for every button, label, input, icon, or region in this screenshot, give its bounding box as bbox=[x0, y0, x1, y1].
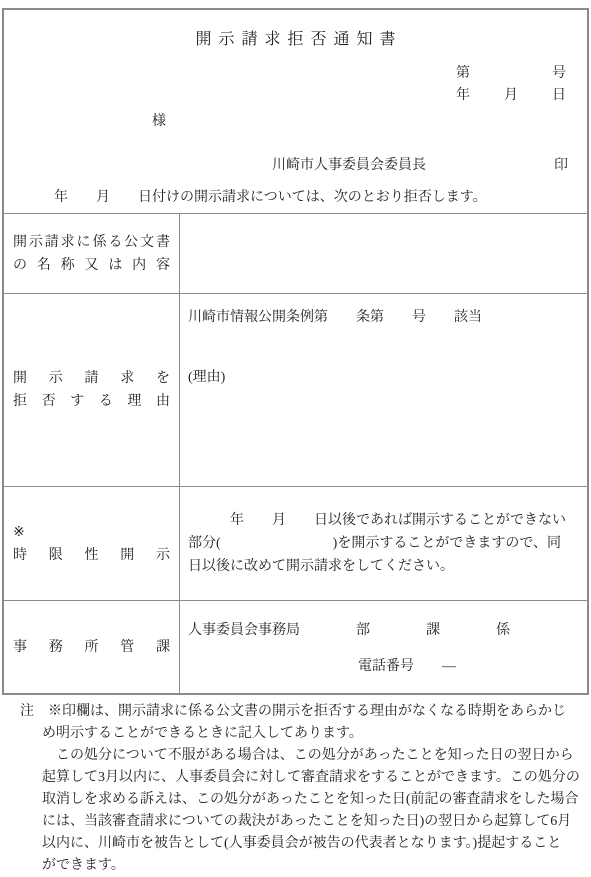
ordinance-clause-line: 川崎市情報公開条例第 条第 号 該当 bbox=[188, 306, 581, 326]
form-border: 開示請求拒否通知書 第 号 年 月 日 様 川崎市人事委員会委員長 印 年 月 … bbox=[2, 8, 589, 695]
notes-section: 注 ※印欄は、開示請求に係る公文書の開示を拒否する理由がなくなる時期をあらかじ … bbox=[0, 701, 591, 877]
row-label-line: 時限性開示 bbox=[13, 544, 170, 567]
issuer-line: 川崎市人事委員会委員長 印 bbox=[272, 154, 568, 174]
row-content-time-limited-disclosure: 年 月 日以後であれば開示することができない 部分( )を開示することができます… bbox=[180, 487, 587, 600]
row-content-administrative-section: 人事委員会事務局 部 課 係 電話番号 ― bbox=[180, 601, 587, 693]
note-line: め明示することができるときに記入してあります。 bbox=[42, 723, 591, 745]
note-line: 以内に、川崎市を被告として(人事委員会が被告の代表者となります。)提起すること bbox=[42, 833, 591, 855]
time-limit-line: 年 月 日以後であれば開示することができない bbox=[188, 509, 587, 532]
form-header: 開示請求拒否通知書 第 号 年 月 日 様 川崎市人事委員会委員長 印 年 月 … bbox=[4, 10, 587, 213]
time-limit-line: 日以後に改めて開示請求をしてください。 bbox=[188, 555, 587, 578]
row-label-line: 拒否する理由 bbox=[13, 390, 170, 413]
date-year-label: 年 bbox=[456, 84, 470, 104]
row-label-line: 開示請求に係る公文書 bbox=[13, 231, 170, 254]
row-label-refusal-reason: 開示請求を 拒否する理由 bbox=[4, 294, 180, 486]
note-line: 取消しを求める訴えは、この処分があったことを知った日(前記の審査請求をした場合 bbox=[42, 789, 591, 811]
note-line: 起算して3月以内に、人事委員会に対して審査請求をすることができます。この処分の bbox=[42, 767, 591, 789]
document-title: 開示請求拒否通知書 bbox=[4, 26, 587, 49]
date-day-label: 日 bbox=[552, 84, 566, 104]
addressee-honorific: 様 bbox=[152, 110, 166, 130]
table-row-refusal-reason: 開示請求を 拒否する理由 川崎市情報公開条例第 条第 号 該当 (理由) bbox=[4, 293, 587, 486]
row-content-document-name bbox=[180, 214, 587, 293]
issuer-title: 川崎市人事委員会委員長 bbox=[272, 154, 426, 174]
issue-date-line: 年 月 日 bbox=[456, 84, 566, 104]
row-label-line: 開示請求を bbox=[13, 367, 170, 390]
note-line: には、当該審査請求についての裁決があったことを知った日)の翌日から起算して6月 bbox=[42, 811, 591, 833]
intro-sentence: 年 月 日付けの開示請求については、次のとおり拒否します。 bbox=[54, 186, 487, 206]
table-row-administrative-section: 事務所管課 人事委員会事務局 部 課 係 電話番号 ― bbox=[4, 600, 587, 693]
document-number-line: 第 号 bbox=[456, 62, 566, 82]
row-label-document-name: 開示請求に係る公文書 の名称又は内容 bbox=[4, 214, 180, 293]
table-row-document-name: 開示請求に係る公文書 の名称又は内容 bbox=[4, 213, 587, 293]
note-line: ができます。 bbox=[42, 855, 591, 877]
row-label-administrative-section: 事務所管課 bbox=[4, 601, 180, 693]
time-limit-line: 部分( )を開示することができますので、同 bbox=[188, 532, 587, 555]
table-row-time-limited-disclosure: ※ 時限性開示 年 月 日以後であれば開示することができない 部分( )を開示す… bbox=[4, 486, 587, 600]
phone-number-line: 電話番号 ― bbox=[188, 655, 587, 675]
note-line: 注 ※印欄は、開示請求に係る公文書の開示を拒否する理由がなくなる時期をあらかじ bbox=[20, 701, 591, 723]
number-prefix: 第 bbox=[456, 62, 470, 82]
reference-mark: ※ bbox=[13, 521, 170, 544]
office-section-line: 人事委員会事務局 部 課 係 bbox=[188, 619, 587, 639]
date-month-label: 月 bbox=[504, 84, 518, 104]
number-suffix: 号 bbox=[552, 62, 566, 82]
seal-mark: 印 bbox=[554, 154, 568, 174]
row-label-time-limited-disclosure: ※ 時限性開示 bbox=[4, 487, 180, 600]
reason-caption: (理由) bbox=[188, 366, 581, 386]
note-line: この処分について不服がある場合は、この処分があったことを知った日の翌日から bbox=[42, 745, 591, 767]
row-content-refusal-reason: 川崎市情報公開条例第 条第 号 該当 (理由) bbox=[180, 294, 587, 486]
row-label-line: 事務所管課 bbox=[13, 636, 170, 659]
row-label-line: の名称又は内容 bbox=[13, 254, 170, 277]
